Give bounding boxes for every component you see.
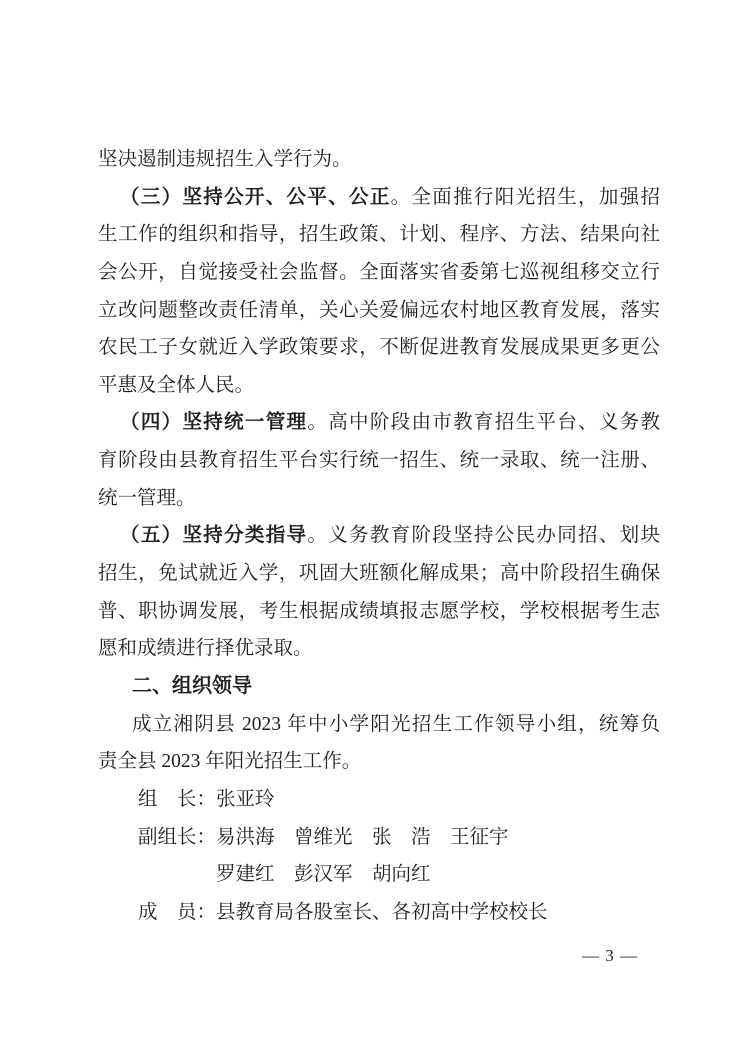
text-line: 副组长：易洪海 曾维光 张 浩 王征宇 [98, 819, 660, 857]
document-page: 坚决遏制违规招生入学行为。（三）坚持公开、公平、公正。全面推行阳光招生，加强招生… [0, 0, 750, 1059]
text-line: 二、组织领导 [98, 668, 660, 706]
line-text: 二、组织领导 [132, 675, 252, 697]
text-line: 普、职协调发展，考生根据成绩填报志愿学校，学校根据考生志 [98, 593, 660, 631]
section-lead-text: （四）坚持统一管理 [120, 412, 307, 433]
line-text: 责全县 2023 年阳光招生工作。 [98, 751, 361, 772]
section-lead-text: （三）坚持公开、公平、公正 [120, 187, 391, 208]
line-text: 组 长：张亚玲 [138, 789, 275, 810]
text-line: 统一管理。 [98, 480, 660, 518]
text-line: 会公开，自觉接受社会监督。全面落实省委第七巡视组移交立行 [98, 254, 660, 292]
line-text: 罗建红 彭汉军 胡向红 [216, 864, 431, 885]
text-line: 组 长：张亚玲 [98, 781, 660, 819]
text-line: 成立湘阴县 2023 年中小学阳光招生工作领导小组，统筹负 [98, 706, 660, 744]
line-text: 育阶段由县教育招生平台实行统一招生、统一录取、统一注册、 [98, 450, 660, 471]
line-text: 愿和成绩进行择优录取。 [98, 638, 313, 659]
text-line: （五）坚持分类指导。义务教育阶段坚持公民办同招、划块 [98, 517, 660, 555]
text-line: 罗建红 彭汉军 胡向红 [98, 856, 660, 894]
line-text: 农民工子女就近入学政策要求，不断促进教育发展成果更多更公 [98, 337, 660, 358]
line-text: 。全面推行阳光招生，加强招 [391, 187, 660, 208]
line-text: 副组长：易洪海 曾维光 张 浩 王征宇 [138, 827, 509, 848]
text-line: 生工作的组织和指导，招生政策、计划、程序、方法、结果向社 [98, 216, 660, 254]
line-text: 平惠及全体人民。 [98, 375, 254, 396]
text-line: （四）坚持统一管理。高中阶段由市教育招生平台、义务教 [98, 404, 660, 442]
text-line: 平惠及全体人民。 [98, 367, 660, 405]
line-text: 。义务教育阶段坚持公民办同招、划块 [307, 525, 660, 546]
line-text: 立改问题整改责任清单，关心关爱偏远农村地区教育发展，落实 [98, 300, 660, 321]
text-line: 育阶段由县教育招生平台实行统一招生、统一录取、统一注册、 [98, 442, 660, 480]
text-block: 坚决遏制违规招生入学行为。（三）坚持公开、公平、公正。全面推行阳光招生，加强招生… [98, 141, 660, 931]
text-line: 责全县 2023 年阳光招生工作。 [98, 743, 660, 781]
line-text: 生工作的组织和指导，招生政策、计划、程序、方法、结果向社 [98, 224, 660, 245]
line-text: 坚决遏制违规招生入学行为。 [98, 149, 352, 170]
text-line: 农民工子女就近入学政策要求，不断促进教育发展成果更多更公 [98, 329, 660, 367]
line-text: 招生，免试就近入学，巩固大班额化解成果；高中阶段招生确保 [98, 563, 660, 584]
text-line: 愿和成绩进行择优录取。 [98, 630, 660, 668]
line-text: 成 员：县教育局各股室长、各初高中学校校长 [138, 902, 548, 923]
line-text: 。高中阶段由市教育招生平台、义务教 [307, 412, 660, 433]
line-text: 统一管理。 [98, 488, 196, 509]
text-line: 招生，免试就近入学，巩固大班额化解成果；高中阶段招生确保 [98, 555, 660, 593]
text-line: （三）坚持公开、公平、公正。全面推行阳光招生，加强招 [98, 179, 660, 217]
line-text: 会公开，自觉接受社会监督。全面落实省委第七巡视组移交立行 [98, 262, 660, 283]
section-lead-text: （五）坚持分类指导 [120, 525, 307, 546]
text-line: 成 员：县教育局各股室长、各初高中学校校长 [98, 894, 660, 932]
line-text: 成立湘阴县 2023 年中小学阳光招生工作领导小组，统筹负 [132, 714, 660, 735]
page-number: — 3 — [562, 944, 658, 968]
text-line: 坚决遏制违规招生入学行为。 [98, 141, 660, 179]
line-text: 普、职协调发展，考生根据成绩填报志愿学校，学校根据考生志 [98, 601, 660, 622]
text-line: 立改问题整改责任清单，关心关爱偏远农村地区教育发展，落实 [98, 292, 660, 330]
